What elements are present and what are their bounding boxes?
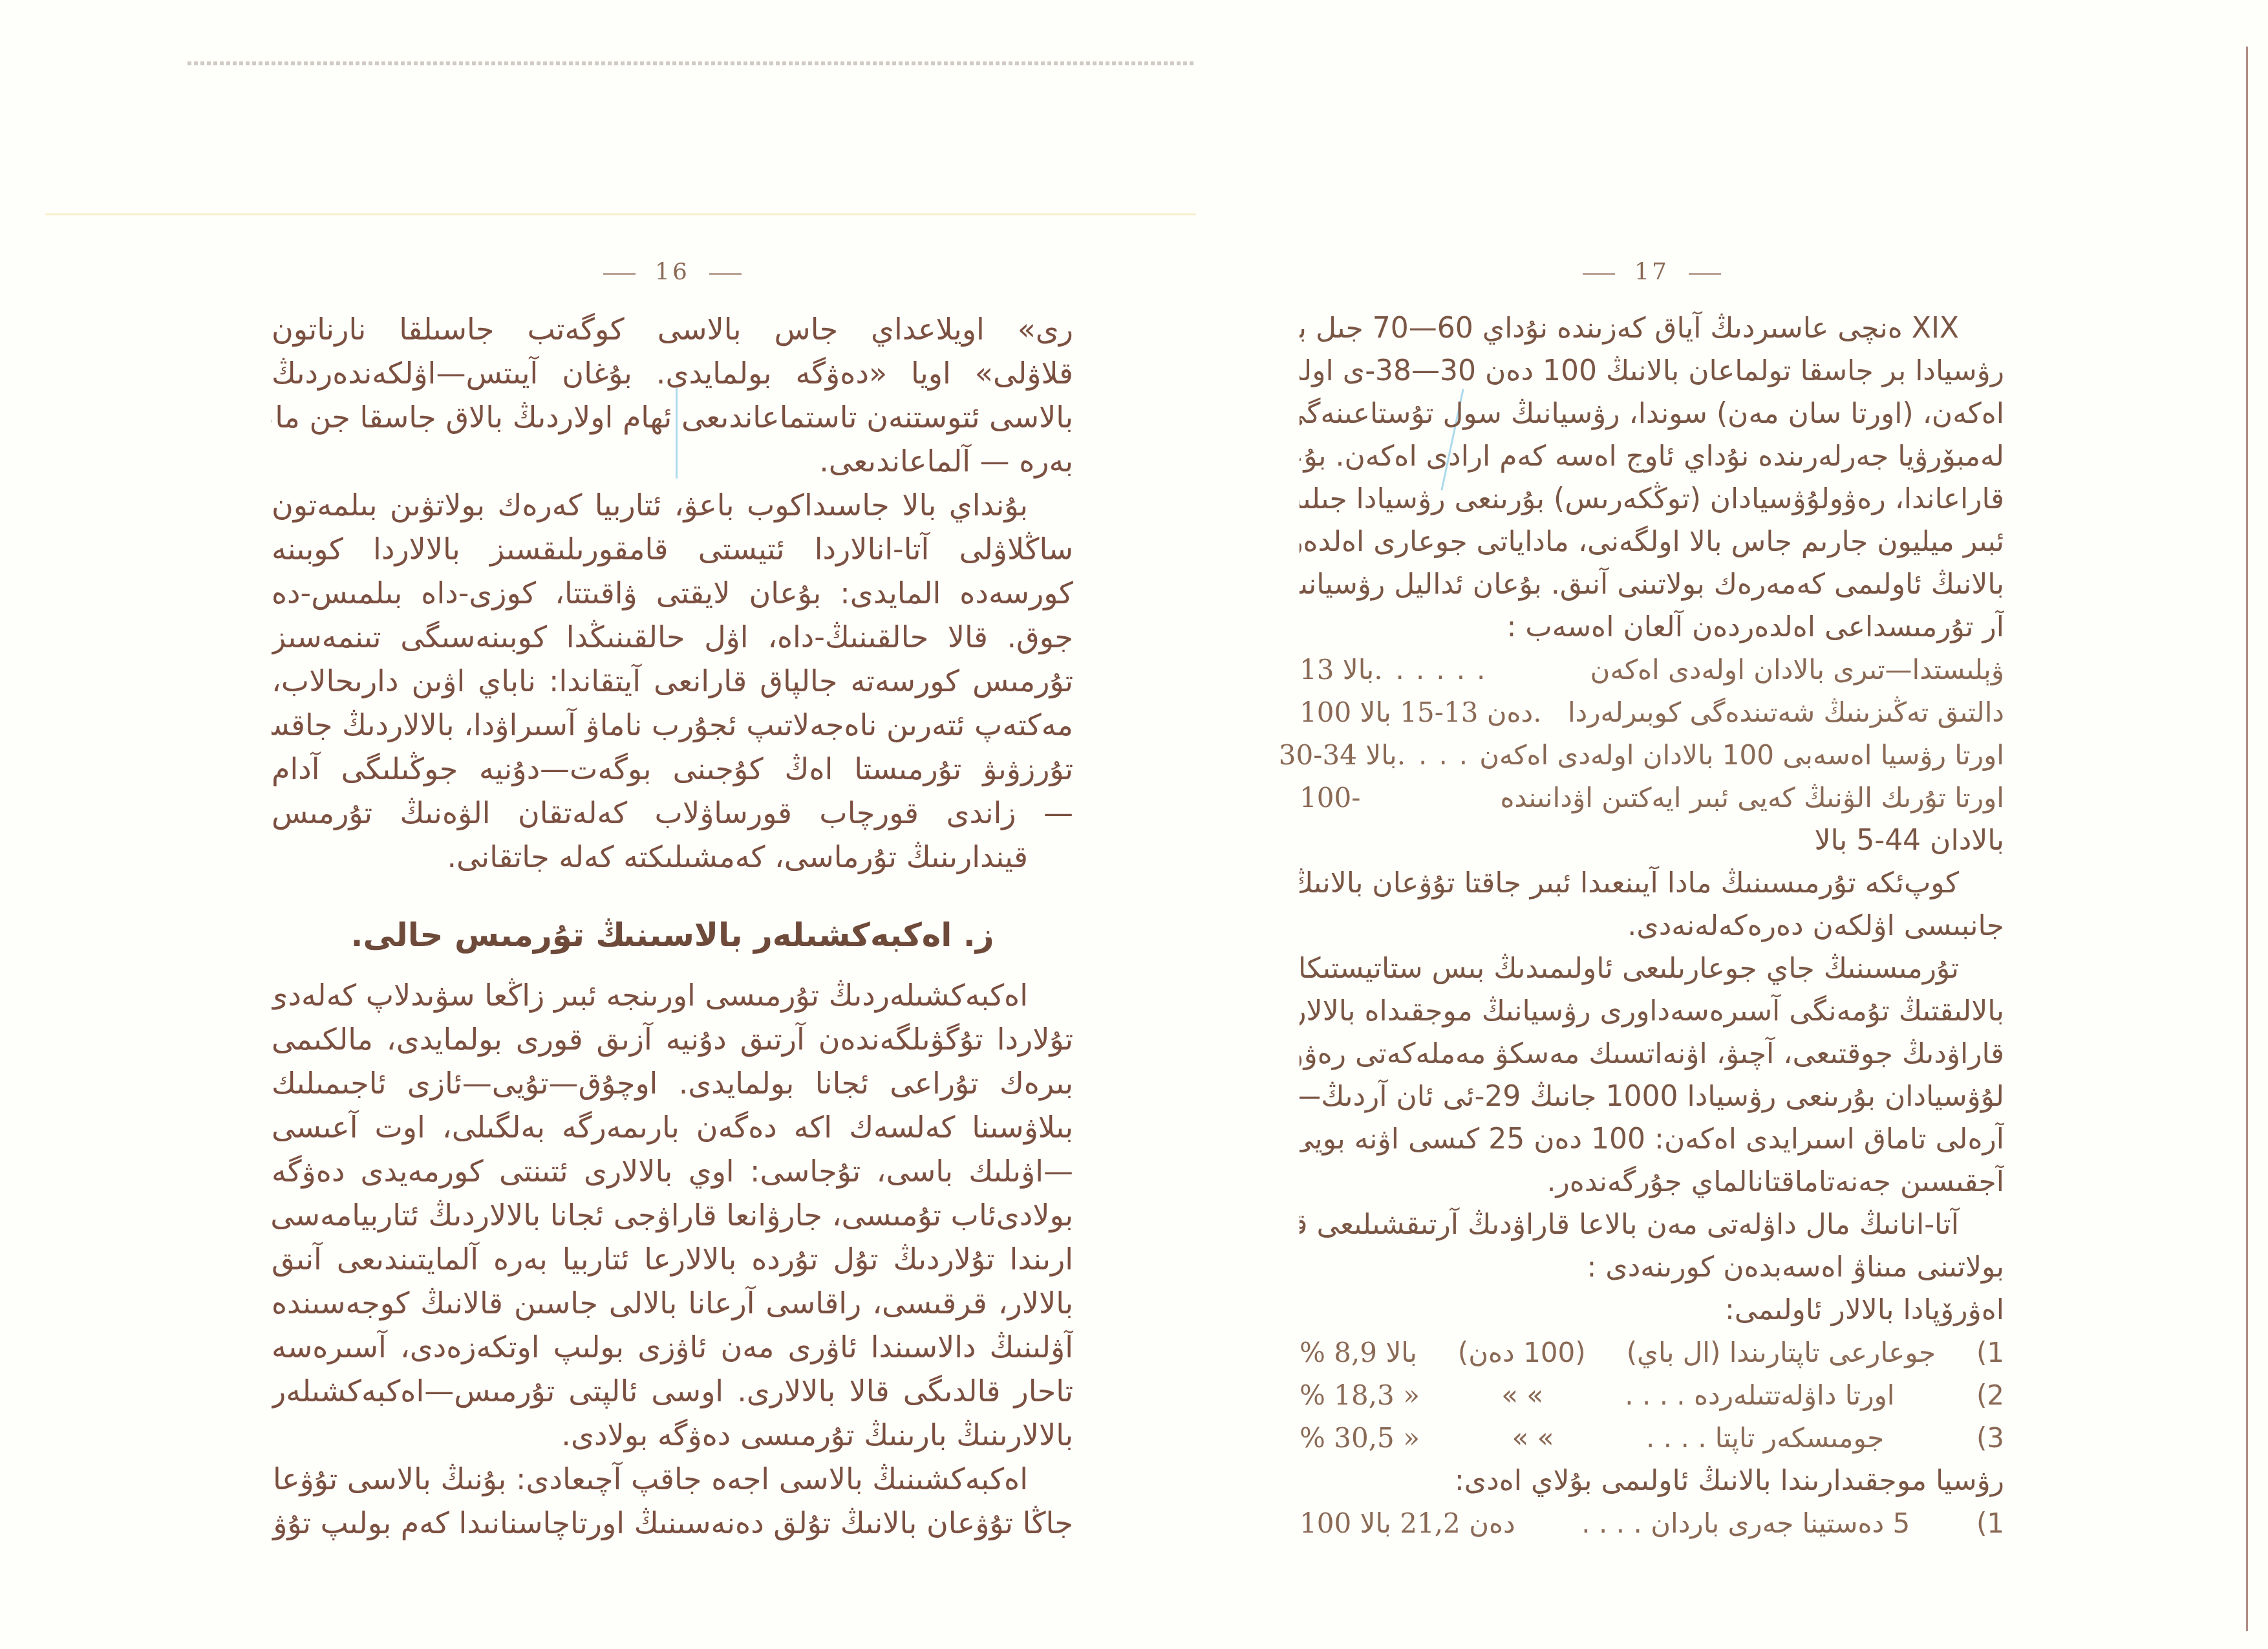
stat-label: اورتا رۋسيا اەسەبى 100 بالادان اولەدى اە… [1479,734,2004,777]
stat-label: اورتا داۋلەتتىلەردە . . . . [1625,1374,1894,1417]
stat-row: 1) جوعارعى تاپتارىندا (ال باي) (100 دەن)… [1300,1331,2004,1374]
text-line: بالالار، قرقىسى، راقاسى آرعانا بالالى جا… [272,1281,1073,1325]
text-line: تۇرزۋىۋ تۇرمىستا اەڭ كۇجىنى بوگەت—دۇنيە … [272,747,1073,791]
text-line: جانبىسى اۋلكەن دەرەكەلەنەدى. [1300,905,2004,947]
stat-index: 2) [1976,1374,2004,1417]
text-line: جوق. قالا حالقىنىڭ-داه، اۋل حالقىنىڭدا ك… [272,615,1073,659]
left-body: رى» اويلاعداي جاس بالاسى كوگه‌تب جاسىلقا… [272,307,1073,1545]
text-line: — زاندى قورچاب قورساۋلاب كەلەتقان الۋەنى… [272,791,1073,835]
text-line: آۋلىنىڭ دالاسىندا ئاۋرى مەن ئاۋزى بولىپ … [272,1325,1073,1369]
stat-row: 3) جومىسكەر تاپتا . . . . » » % 30,5 » [1300,1417,2004,1460]
right-page: 17 XIX ەنچى عاسىردىڭ آياق كەزىندە نۇداي … [1300,259,2004,1545]
stat-value: 100- [1300,777,1360,819]
stats-heading: اەۋرۆپادا بالالار ئاولىمى: [1300,1289,2004,1331]
text-line: بالانىڭ ئاولىمى كەمەرەك بولاتىنى آنىق. ب… [1300,563,2004,606]
text-line: بىلاۋسىنا كەلسەك اكە دەگەن بارىمەرگە بەل… [272,1105,1073,1149]
stat-value: 100 دەن 13-15 بالا. [1300,691,1542,734]
stat-label: جومىسكەر تاپتا . . . . [1646,1417,1884,1460]
stat-index: 1) [1976,1331,2004,1374]
text-line: بالالىقتىڭ تۇمەنگى آسىرەسەداورى رۋسيانىڭ… [1300,990,2004,1033]
text-line: كوپ‌ئكە تۇرمىسىنىڭ مادا آيىنعىدا ئبىر جا… [1300,862,2004,905]
text-line: ارىندا تۇلاردىڭ تۇل تۇردە بالالارعا ئتار… [272,1237,1073,1281]
text-line: اەكەن، (اورتا سان مەن) سوندا، رۋسيانىڭ س… [1300,393,2004,435]
stat-row: 1) 5 دەستينا جەرى باردان . . . . 100 دەن… [1300,1502,2004,1545]
page-number: 16 [272,259,1073,285]
stat-label: 5 دەستينا جەرى باردان . . . . [1581,1502,1910,1545]
left-page: 16 رى» اويلاعداي جاس بالاسى كوگه‌تب جاسى… [272,259,1073,1545]
text-line: آرەلى تاماق اسىرايدى اەكەن: 100 دەن 25 ك… [1300,1118,2004,1161]
stat-row: اورتا رۋسيا اەسەبى 100 بالادان اولەدى اە… [1300,734,2004,777]
text-line: ئبىر ميليون جارىم جاس بالا اولگەنى، مادا… [1300,521,2004,563]
text-line: مەكتەپ ئتەرىن ناەجەلاتىپ ئجۇرب ناماۋ آسى… [272,703,1073,747]
text-line: قاراۋدىڭ جوقتىعى، آچىۋ، اۋنەاتسىك مەسكۋ … [1300,1033,2004,1075]
section-heading: ز. اەكبەكشىلەر بالاسىنىڭ تۇرمىس حالى. [272,916,1073,954]
text-line: بولادى‌ئاب تۇمىسى، جارۋانعا قاراۋجى ئجان… [272,1193,1073,1237]
stat-row: اورتا تۇرىك الۋنىڭ كەيى ئبىر ايەكتىن اۋد… [1300,777,2004,819]
text-line: بولاتىنى مىناۋ اەسەبدەن كورىنەدى : [1300,1246,2004,1289]
text-line: قلاۋلى» اويا «دەۋگە بولمايدى. بۇغان آيىت… [272,351,1073,395]
text-line: آجقىسىن جەنەتاماقتانالماي جۇرگەندەر. [1300,1161,2004,1203]
stat-index: 3) [1976,1417,2004,1460]
text-line: اەكبەكشىنىڭ بالاسى اجەە جاقپ آچىعادى: بۇ… [272,1457,1073,1501]
text-line: قاراعاندا، رەۋولۇۋسيادان (توڭكەرىس) بۇرى… [1300,478,2004,521]
stat-row: دالتىق تەڭىزىنىڭ شەتىندەگى كوبىرلەردا 10… [1300,691,2004,734]
text-line: بەرە — آلماعاندىعى. [272,439,1073,483]
leader-dots: ..... [1383,649,1590,691]
text-line: آر تۇرمىسداعى اەلدەردەن آلعان اەسەب : [1300,606,2004,649]
text-line: تۇرمىسىنىڭ جاي جوعارىلىعى ئاولىمىدىڭ بىس… [1300,947,2004,990]
text-line: ساڭلاۋلى آتا-انالاردا ئتيستى قامقورىلىقس… [272,527,1073,571]
dash-decoration [603,273,636,275]
stat-label: ۋېلىستدا—تىرى بالادان اولەدى اەكەن [1590,649,2004,691]
stat-unit: » » [1501,1374,1543,1417]
text-line: قيندارىنىڭ تۇرماسى، كەمشىلىكتە كەلە جاتق… [272,835,1073,879]
page-number: 17 [1300,259,2004,285]
page-edge-line [2246,47,2248,1631]
text-line: تۇرمىس كورسەتە جالپاق قارانعى آيتقاندا: … [272,659,1073,703]
text-line: رى» اويلاعداي جاس بالاسى كوگه‌تب جاسىلقا… [272,307,1073,351]
stat-row: 2) اورتا داۋلەتتىلەردە . . . . » » % 18,… [1300,1374,2004,1417]
scan-edge-artifact [45,213,1196,215]
stat-label: جوعارعى تاپتارىندا (ال باي) [1627,1331,1936,1374]
text-line: بالالارىنىڭ بارىنىڭ تۇرمىسى دەۋگە بولادى… [272,1413,1073,1457]
page-number-text: 16 [655,259,690,285]
stat-value: 13 بالا. [1300,649,1383,691]
stat-row: ۋېلىستدا—تىرى بالادان اولەدى اەكەن .....… [1300,649,2004,691]
text-line: تۇلاردا تۇگۋىلگەندەن آرتىق دۇنيە آزىق قو… [272,1017,1073,1061]
text-line: بالاسى ئتوستنەن تاستماعاندىعى ئهام اولار… [272,395,1073,439]
text-line: رۋسيادا بر جاسقا تولماعان بالانىڭ 100 دە… [1300,350,2004,393]
stat-value: 100 دەن 21,2 بالا [1300,1502,1515,1545]
stat-unit: » » [1512,1417,1554,1460]
dash-decoration [1689,273,1721,275]
page-number-text: 17 [1634,259,1669,285]
stat-index: 1) [1976,1502,2004,1545]
text-line: —اۋىلىك باسى، تۇجاسى: اوي بالالارى ئتىنت… [272,1149,1073,1193]
stat-value: 30-34 بالا. [1279,734,1406,777]
text-line: جاڭا تۇۋعان بالانىڭ تۇلق دەنەسىنىڭ اورتا… [272,1501,1073,1545]
stats-heading: رۋسيا موجقىدارىندا بالانىڭ ئاولىمى بۇلاي… [1300,1460,2004,1502]
stat-value: % 18,3 » [1300,1374,1420,1417]
text-line: آتا-انانىڭ مال داۋلەتى مەن بالاعا قاراۋد… [1300,1203,2004,1246]
text-line: بىرەك تۇراعى ئجانا بولمايدى. اوچۇق—تۇيى—… [272,1061,1073,1105]
scan-edge-artifact [187,61,1196,65]
stat-label: دالتىق تەڭىزىنىڭ شەتىندەگى كوبىرلەردا [1568,691,2004,734]
text-line: تاحار قالدىگى قالا بالالارى. اوسى ئالپتى… [272,1369,1073,1413]
dash-decoration [709,273,742,275]
stat-unit: (100 دەن) [1458,1331,1586,1374]
text-line: بۇنداي بالا جاسىداكوب باعۋ، ئتاربيا كەرە… [272,483,1073,527]
text-line: لەمبۆرۋيا جەرلەرىندە نۇداي ئاوج اەسە كەم… [1300,435,2004,478]
leader-dots: ... [1406,734,1479,777]
text-line: كورسەدە المايدى: بۇعان لايقتى ۋاقىتتا، ك… [272,571,1073,615]
text-line: لۇۋسيادان بۇرىنعى رۋسيادا 1000 جانىڭ 29-… [1300,1075,2004,1118]
text-line: XIX ەنچى عاسىردىڭ آياق كەزىندە نۇداي 60—… [1300,307,2004,350]
dash-decoration [1583,273,1615,275]
right-body: XIX ەنچى عاسىردىڭ آياق كەزىندە نۇداي 60—… [1300,307,2004,1545]
stat-label: اورتا تۇرىك الۋنىڭ كەيى ئبىر ايەكتىن اۋد… [1500,777,2004,819]
stat-value: % 8,9 بالا [1300,1331,1417,1374]
stat-value: % 30,5 » [1300,1417,1420,1460]
text-line: بالادان 44-5 بالا [1300,819,2004,862]
text-line: اەكبەكشىلەردىڭ تۇرمىسى اورىنجە ئبىر زاڭع… [272,973,1073,1017]
